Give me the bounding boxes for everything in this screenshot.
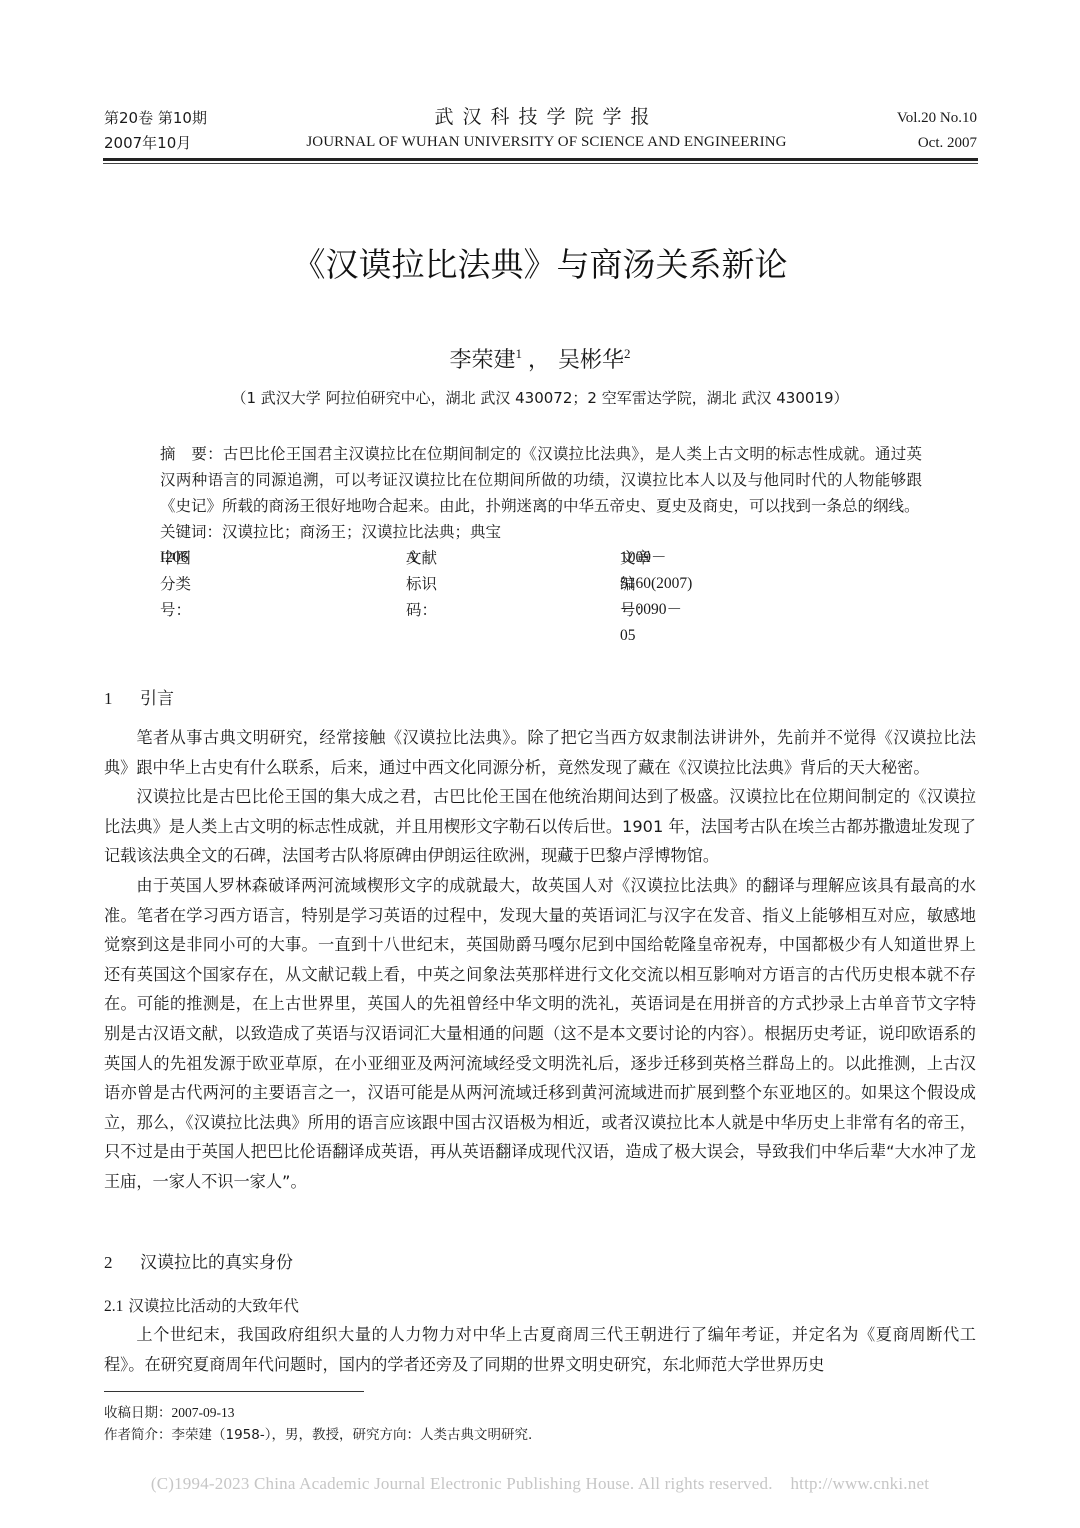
journal-issue-en: Vol.20 No.10 Oct. 2007 — [897, 106, 977, 156]
journal-issue-cn: 第20卷 第10期 2007年10月 — [104, 106, 207, 156]
author-affil-mark: 1 — [515, 346, 522, 361]
section-heading-2: 2汉谟拉比的真实身份 — [104, 1250, 293, 1276]
date-cn: 2007年10月 — [104, 131, 207, 156]
footnotes: 收稿日期：2007-09-13 作者简介：李荣建（1958-），男，教授，研究方… — [104, 1402, 532, 1446]
keywords-value: 汉谟拉比；商汤王；汉谟拉比法典；典宝 — [222, 523, 501, 541]
footnote-rule — [104, 1391, 364, 1392]
abstract-block: 摘 要：古巴比伦王国君主汉谟拉比在位期间制定的《汉谟拉比法典》，是人类上古文明的… — [160, 441, 922, 573]
header-rule-thick — [103, 158, 978, 161]
classification-row: 中图分类号：I206 文献标识码：A 文章编号：1009－5160(2007)－… — [160, 545, 922, 573]
author-separator: ， — [528, 348, 550, 373]
doc-code-value: A — [406, 545, 417, 571]
received-value: 2007-09-13 — [172, 1405, 235, 1420]
section-title: 汉谟拉比的真实身份 — [140, 1253, 293, 1273]
section-1-body: 笔者从事古典文明研究，经常接触《汉谟拉比法典》。除了把它当西方奴隶制法讲讲外，先… — [104, 723, 976, 1197]
body-paragraph: 笔者从事古典文明研究，经常接触《汉谟拉比法典》。除了把它当西方奴隶制法讲讲外，先… — [104, 723, 976, 782]
journal-name-cn: 武汉科技学院学报 — [270, 104, 823, 130]
section-number: 1 — [104, 686, 140, 712]
abstract-label: 摘 要： — [160, 445, 223, 463]
date-en: Oct. 2007 — [897, 131, 977, 156]
received-label: 收稿日期： — [104, 1405, 172, 1421]
section-title: 引言 — [140, 689, 174, 709]
author-bio-value: 李荣建（1958-），男，教授，研究方向：人类古典文明研究. — [172, 1427, 533, 1443]
affiliations: （1 武汉大学 阿拉伯研究中心，湖北 武汉 430072；2 空军雷达学院，湖北… — [0, 386, 1080, 410]
volume-issue-cn: 第20卷 第10期 — [104, 106, 207, 131]
author-bio-label: 作者简介： — [104, 1427, 172, 1443]
body-paragraph: 上个世纪末，我国政府组织大量的人力物力对中华上古夏商周三代王朝进行了编年考证，并… — [104, 1320, 976, 1379]
author-name: 吴彬华 — [558, 348, 624, 373]
keywords-label: 关键词： — [160, 523, 222, 541]
section-number: 2 — [104, 1250, 140, 1276]
keywords-line: 关键词：汉谟拉比；商汤王；汉谟拉比法典；典宝 — [160, 519, 922, 545]
article-no-value: 1009－5160(2007)－0090－05 — [620, 545, 692, 649]
subsection-title: 汉谟拉比活动的大致年代 — [128, 1297, 299, 1315]
author-list: 李荣建1，吴彬华2 — [0, 338, 1080, 377]
abstract-paragraph: 摘 要：古巴比伦王国君主汉谟拉比在位期间制定的《汉谟拉比法典》，是人类上古文明的… — [160, 441, 922, 519]
author-name: 李荣建 — [449, 348, 515, 373]
subsection-number: 2.1 — [104, 1298, 123, 1315]
journal-name-en: JOURNAL OF WUHAN UNIVERSITY OF SCIENCE A… — [270, 130, 823, 154]
article-title: 《汉谟拉比法典》与商汤关系新论 — [0, 242, 1080, 288]
subsection-heading-2-1: 2.1 汉谟拉比活动的大致年代 — [104, 1294, 299, 1319]
volume-issue-en: Vol.20 No.10 — [897, 106, 977, 131]
body-paragraph: 汉谟拉比是古巴比伦王国的集大成之君，古巴比伦王国在他统治期间达到了极盛。汉谟拉比… — [104, 782, 976, 871]
author-affil-mark: 2 — [624, 346, 631, 361]
received-date: 收稿日期：2007-09-13 — [104, 1402, 532, 1424]
journal-title-block: 武汉科技学院学报 JOURNAL OF WUHAN UNIVERSITY OF … — [270, 104, 823, 154]
subsection-2-1-body: 上个世纪末，我国政府组织大量的人力物力对中华上古夏商周三代王朝进行了编年考证，并… — [104, 1320, 976, 1379]
header-rule-thin — [103, 163, 978, 164]
copyright-watermark: (C)1994-2023 China Academic Journal Elec… — [0, 1474, 1080, 1494]
author-bio: 作者简介：李荣建（1958-），男，教授，研究方向：人类古典文明研究. — [104, 1424, 532, 1446]
body-paragraph: 由于英国人罗林森破译两河流域楔形文字的成就最大，故英国人对《汉谟拉比法典》的翻译… — [104, 871, 976, 1197]
clc-value: I206 — [160, 545, 188, 571]
abstract-text: 古巴比伦王国君主汉谟拉比在位期间制定的《汉谟拉比法典》，是人类上古文明的标志性成… — [160, 445, 922, 515]
section-heading-1: 1引言 — [104, 686, 174, 712]
